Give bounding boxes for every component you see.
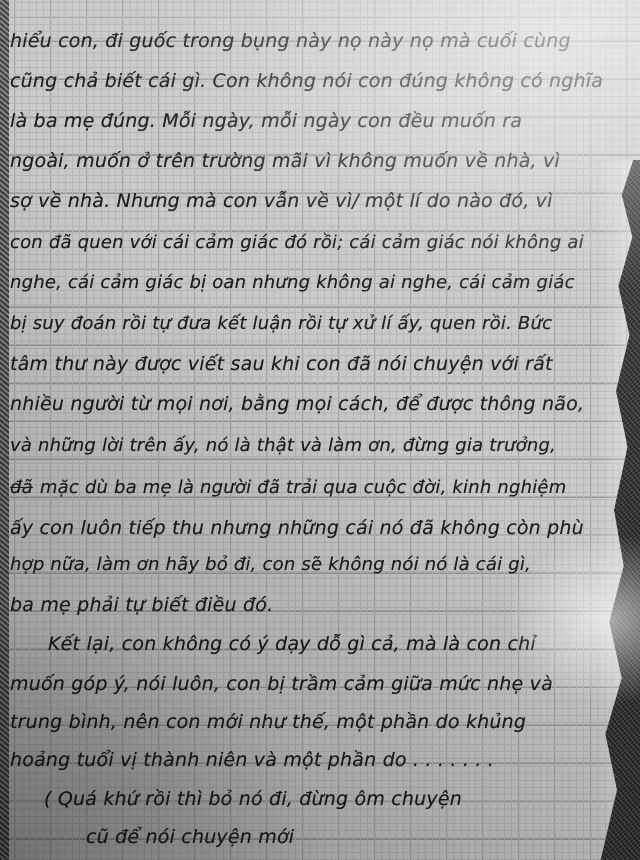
handwritten-line: con đã quen với cái cảm giác đó rồi; cái… bbox=[10, 232, 584, 253]
handwritten-line: hoảng tuổi vị thành niên và một phần do … bbox=[10, 749, 494, 771]
handwritten-line: sợ về nhà. Nhưng mà con vẫn về vì/ một l… bbox=[10, 190, 553, 212]
handwritten-line: ngoài, muốn ở trên trường mãi vì không m… bbox=[10, 150, 560, 172]
handwritten-line-text: mặc dù ba mẹ là người đã trải qua cuộc đ… bbox=[40, 477, 567, 498]
handwritten-line: và những lời trên ấy, nó là thật và làm … bbox=[10, 435, 556, 456]
handwritten-line: nghe, cái cảm giác bị oan nhưng không ai… bbox=[10, 272, 575, 293]
handwritten-line: trung bình, nên con mới như thế, một phầ… bbox=[10, 711, 526, 733]
handwritten-line: bị suy đoán rồi tự đưa kết luận rồi tự x… bbox=[10, 313, 552, 334]
handwritten-line: nhiều người từ mọi nơi, bằng mọi cách, đ… bbox=[10, 393, 584, 415]
strikethrough-word: đã bbox=[10, 477, 33, 498]
handwritten-line: hợp nữa, làm ơn hãy bỏ đi, con sẽ không … bbox=[10, 554, 531, 575]
handwritten-line: Kết lại, con không có ý dạy dỗ gì cả, mà… bbox=[48, 633, 536, 655]
handwritten-line: hiểu con, đi guốc trong bụng này nọ này … bbox=[10, 30, 571, 52]
torn-edge-left bbox=[0, 0, 9, 860]
handwritten-line: muốn góp ý, nói luôn, con bị trầm cảm gi… bbox=[10, 673, 553, 695]
handwritten-line: ba mẹ phải tự biết điều đó. bbox=[10, 594, 273, 616]
handwritten-line: tâm thư này được viết sau khi con đã nói… bbox=[10, 353, 553, 375]
handwritten-line: cũng chả biết cái gì. Con không nói con … bbox=[10, 70, 603, 92]
handwritten-line: là ba mẹ đúng. Mỗi ngày, mỗi ngày con đề… bbox=[10, 110, 522, 132]
handwritten-line: cũ để nói chuyện mới bbox=[86, 826, 294, 848]
handwritten-letter-photo: hiểu con, đi guốc trong bụng này nọ này … bbox=[0, 0, 640, 860]
handwritten-line: ấy con luôn tiếp thu nhưng những cái nó … bbox=[10, 517, 584, 539]
handwritten-line: đãmặc dù ba mẹ là người đã trải qua cuộc… bbox=[10, 477, 566, 498]
handwritten-line: ( Quá khứ rồi thì bỏ nó đi, đừng ôm chuy… bbox=[44, 788, 462, 810]
